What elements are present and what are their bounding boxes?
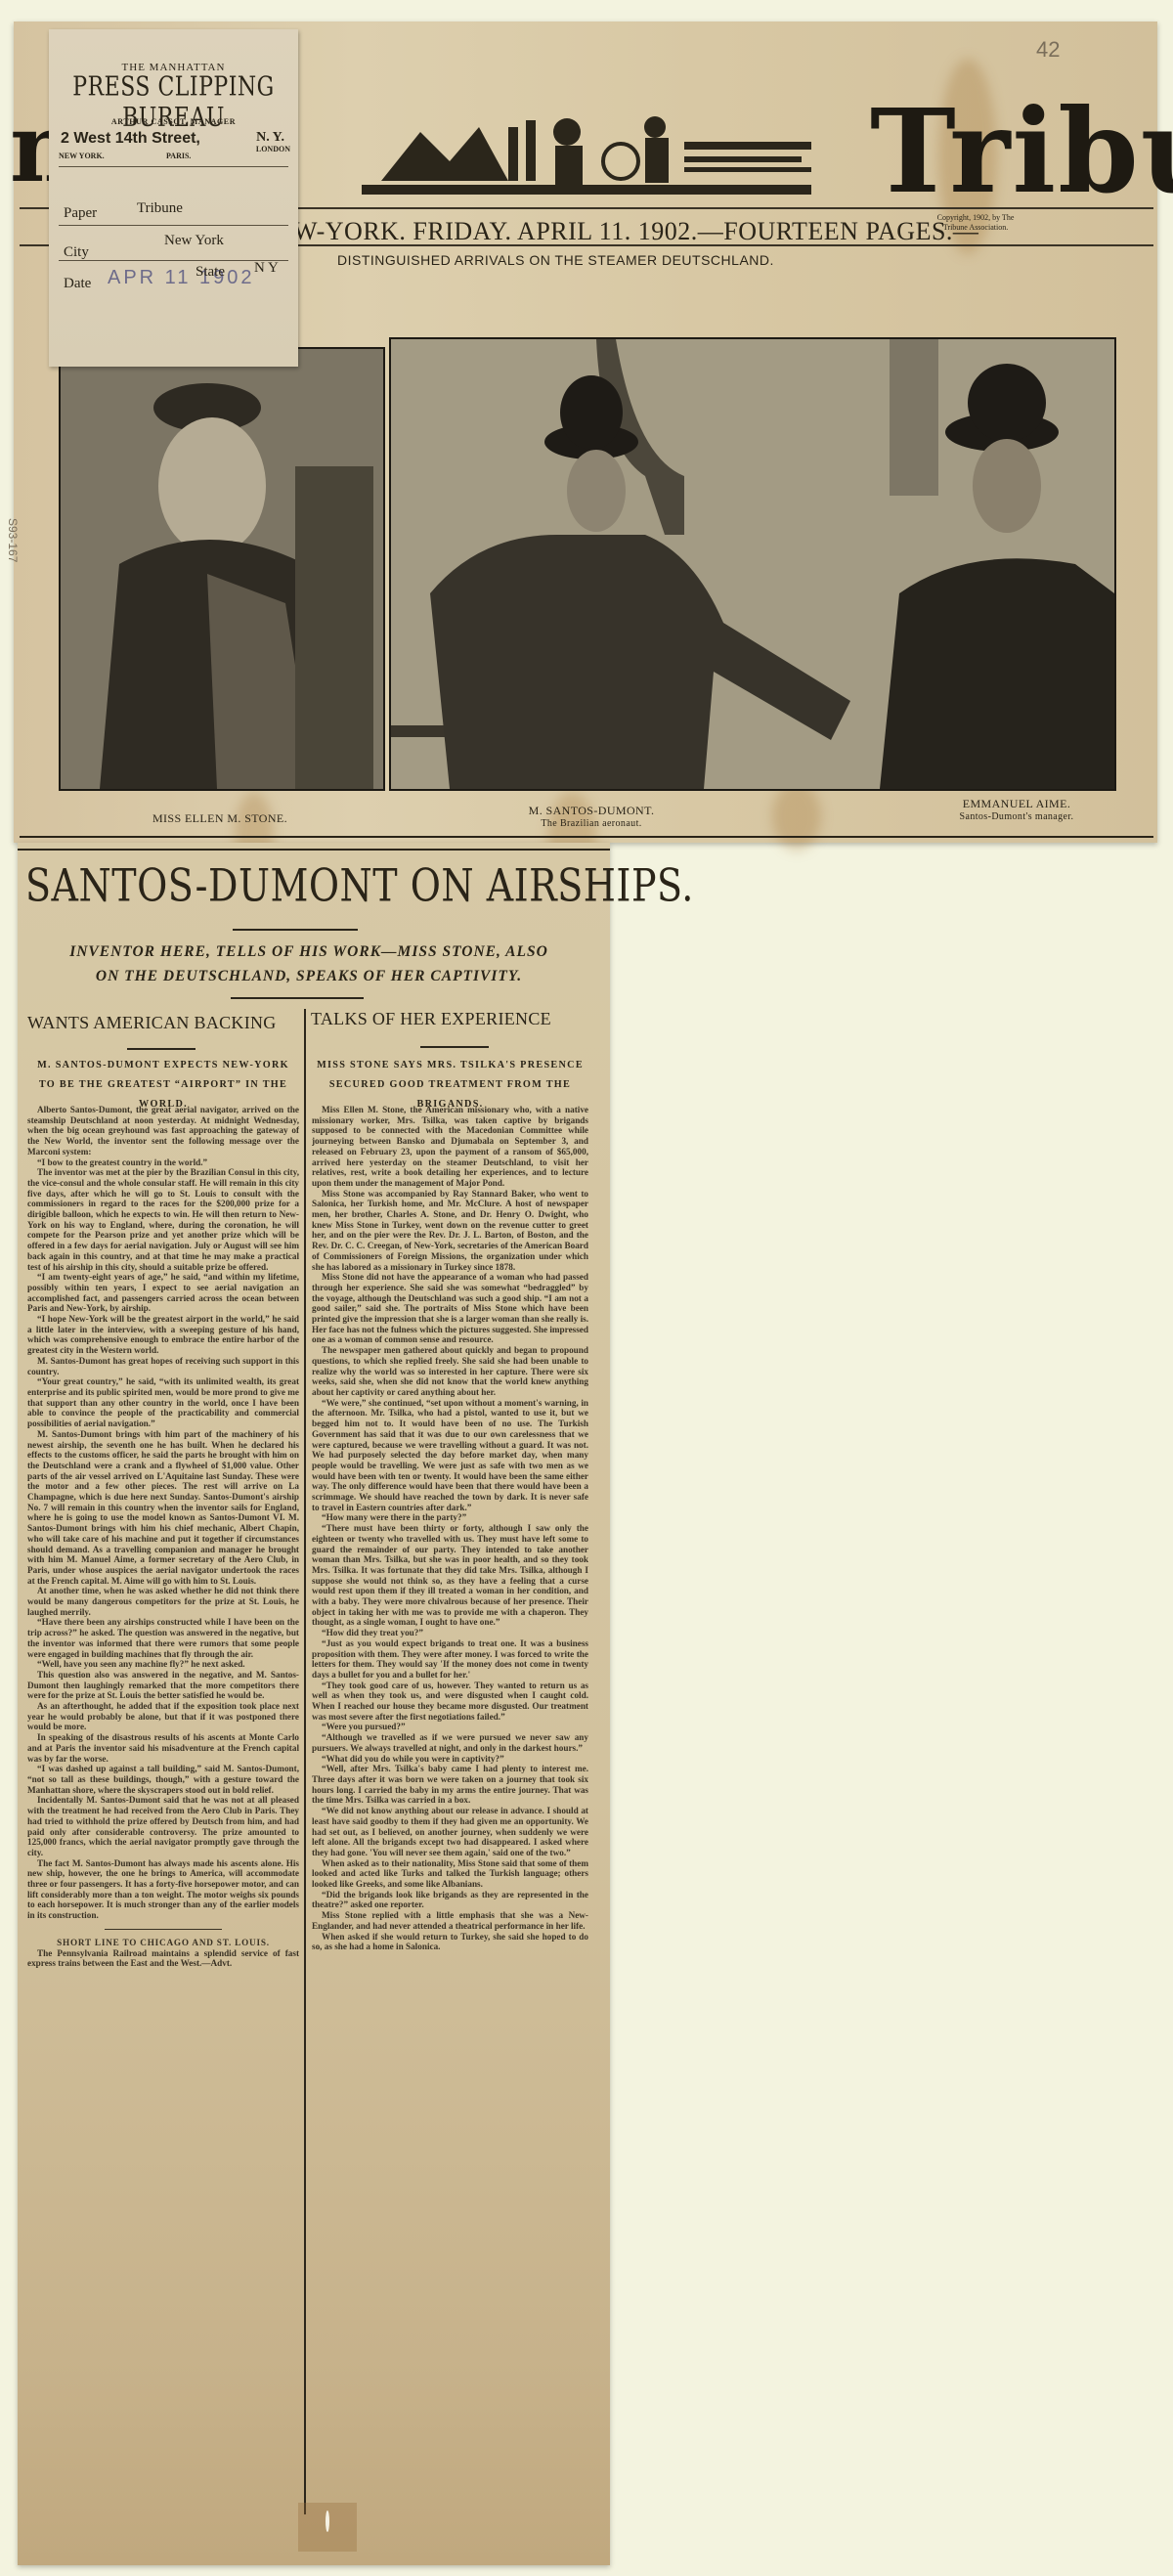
caption-emmanuel-aime: EMMANUEL AIME. Santos-Dumont's manager. xyxy=(890,797,1144,822)
article-paragraph: “I am twenty-eight years of age,” he sai… xyxy=(27,1272,299,1314)
article-paragraph: “Did the brigands look like brigands as … xyxy=(312,1890,588,1910)
slip-paper-label: Paper xyxy=(64,205,97,222)
press-clipping-bureau-slip: THE MANHATTAN PRESS CLIPPING BUREAU ARTH… xyxy=(49,29,298,367)
column-divider xyxy=(304,1009,306,2514)
photo-section-heading: DISTINGUISHED ARRIVALS ON THE STEAMER DE… xyxy=(337,252,774,268)
article-paragraph: “How many were there in the party?” xyxy=(312,1512,588,1523)
article-paragraph: “I bow to the greatest country in the wo… xyxy=(27,1157,299,1168)
article-paragraph: “Just as you would expect brigands to tr… xyxy=(312,1638,588,1681)
article-paragraph: “Your great country,” he said, “with its… xyxy=(27,1376,299,1429)
masthead-vignette-illustration xyxy=(362,103,821,200)
article-paragraph: Miss Ellen M. Stone, the American missio… xyxy=(312,1105,588,1189)
slip-city-new-york: NEW YORK. xyxy=(59,152,105,160)
article-paragraph: “What did you do while you were in capti… xyxy=(312,1754,588,1765)
article-paragraph: Miss Stone did not have the appearance o… xyxy=(312,1272,588,1345)
article-paragraph: The inventor was met at the pier by the … xyxy=(27,1167,299,1272)
article-paragraph: “We were,” she continued, “set upon with… xyxy=(312,1398,588,1513)
article-paragraph: Incidentally M. Santos-Dumont said that … xyxy=(27,1795,299,1857)
article-deck-line2: ON THE DEUTSCHLAND, SPEAKS OF HER CAPTIV… xyxy=(25,968,592,985)
article-paragraph: “We did not know anything about our rele… xyxy=(312,1806,588,1858)
article-paragraph: M. Santos-Dumont brings with him part of… xyxy=(27,1429,299,1587)
right-column-body: Miss Ellen M. Stone, the American missio… xyxy=(312,1105,588,2514)
article-paragraph: When asked as to their nationality, Miss… xyxy=(312,1858,588,1890)
photo-santos-dumont-and-aime xyxy=(389,337,1116,791)
slip-state-label: State xyxy=(195,264,225,281)
article-paragraph: At another time, when he was asked wheth… xyxy=(27,1586,299,1617)
article-paragraph: “There must have been thirty or forty, a… xyxy=(312,1523,588,1628)
caption-name: EMMANUEL AIME. xyxy=(963,797,1070,810)
advert-heading: SHORT LINE TO CHICAGO AND ST. LOUIS. xyxy=(27,1938,299,1948)
slip-city-label: City xyxy=(64,244,89,261)
advert-text: The Pennsylvania Railroad maintains a sp… xyxy=(27,1948,299,1969)
masthead-title-fragment-right: Tribu xyxy=(870,83,1173,219)
slip-address: 2 West 14th Street, xyxy=(61,130,200,148)
article-paragraph: The fact M. Santos-Dumont has always mad… xyxy=(27,1858,299,1921)
left-column-body: Alberto Santos-Dumont, the great aerial … xyxy=(27,1105,299,2514)
article-paragraph: “Were you pursued?” xyxy=(312,1722,588,1732)
slip-city-paris: PARIS. xyxy=(166,152,191,160)
article-paragraph: “They took good care of us, however. The… xyxy=(312,1681,588,1723)
caption-santos-dumont: M. SANTOS-DUMONT. The Brazilian aeronaut… xyxy=(464,804,718,829)
slip-city-london: LONDON xyxy=(256,145,290,153)
caption-ellen-stone: MISS ELLEN M. STONE. xyxy=(93,811,347,826)
pencil-archive-number: S93-167 xyxy=(6,518,20,562)
article-paragraph: “Have there been any airships constructe… xyxy=(27,1617,299,1659)
article-paragraph: In speaking of the disastrous results of… xyxy=(27,1732,299,1764)
slip-date-label: Date xyxy=(64,276,91,292)
caption-subtitle: The Brazilian aeronaut. xyxy=(464,818,718,829)
article-paragraph: M. Santos-Dumont has great hopes of rece… xyxy=(27,1356,299,1376)
article-paragraph: “Well, after Mrs. Tsilka's baby came I h… xyxy=(312,1764,588,1806)
article-paragraph: “Although we travelled as if we were pur… xyxy=(312,1732,588,1753)
article-paragraph: “How did they treat you?” xyxy=(312,1628,588,1638)
pencil-page-number: 42 xyxy=(1036,37,1060,63)
slip-paper-value: Tribune xyxy=(137,200,183,217)
article-paragraph: This question also was answered in the n… xyxy=(27,1670,299,1701)
article-paragraph: Miss Stone replied with a little emphasi… xyxy=(312,1910,588,1931)
article-paragraph: “I was dashed up against a tall building… xyxy=(27,1764,299,1795)
right-column-heading: TALKS OF HER EXPERIENCE xyxy=(311,1009,551,1029)
slip-state-code: N. Y. xyxy=(256,130,284,146)
article-deck-line1: INVENTOR HERE, TELLS OF HIS WORK—MISS ST… xyxy=(25,943,592,961)
article-headline: SANTOS-DUMONT ON AIRSHIPS. xyxy=(25,860,592,912)
left-column-heading: WANTS AMERICAN BACKING xyxy=(27,1013,277,1033)
photo-ellen-stone xyxy=(59,347,385,791)
article-paragraph: Miss Stone was accompanied by Ray Stanna… xyxy=(312,1189,588,1273)
article-paragraph: As an afterthought, he added that if the… xyxy=(27,1701,299,1732)
article-paragraph: Alberto Santos-Dumont, the great aerial … xyxy=(27,1105,299,1157)
slip-state-value: N Y xyxy=(254,260,279,277)
copyright-notice: Copyright, 1902, by The Tribune Associat… xyxy=(927,213,1024,233)
caption-name: MISS ELLEN M. STONE. xyxy=(152,811,287,825)
slip-city-value: New York xyxy=(164,233,224,249)
slip-manager: ARTHUR CASSOT, MANAGER xyxy=(49,117,298,126)
article-paragraph: The newspaper men gathered about quickly… xyxy=(312,1345,588,1398)
article-paragraph: “Well, have you seen any machine fly?” h… xyxy=(27,1659,299,1670)
dateline: W-YORK. FRIDAY. APRIL 11. 1902.—FOURTEEN… xyxy=(293,217,978,246)
article-paragraph: When asked if she would return to Turkey… xyxy=(312,1932,588,1952)
caption-name: M. SANTOS-DUMONT. xyxy=(529,804,655,817)
slip-date-stamp: APR 11 1902 xyxy=(108,267,255,289)
article-paragraph: “I hope New-York will be the greatest ai… xyxy=(27,1314,299,1356)
pin-hole xyxy=(326,2511,329,2532)
caption-subtitle: Santos-Dumont's manager. xyxy=(890,811,1144,822)
